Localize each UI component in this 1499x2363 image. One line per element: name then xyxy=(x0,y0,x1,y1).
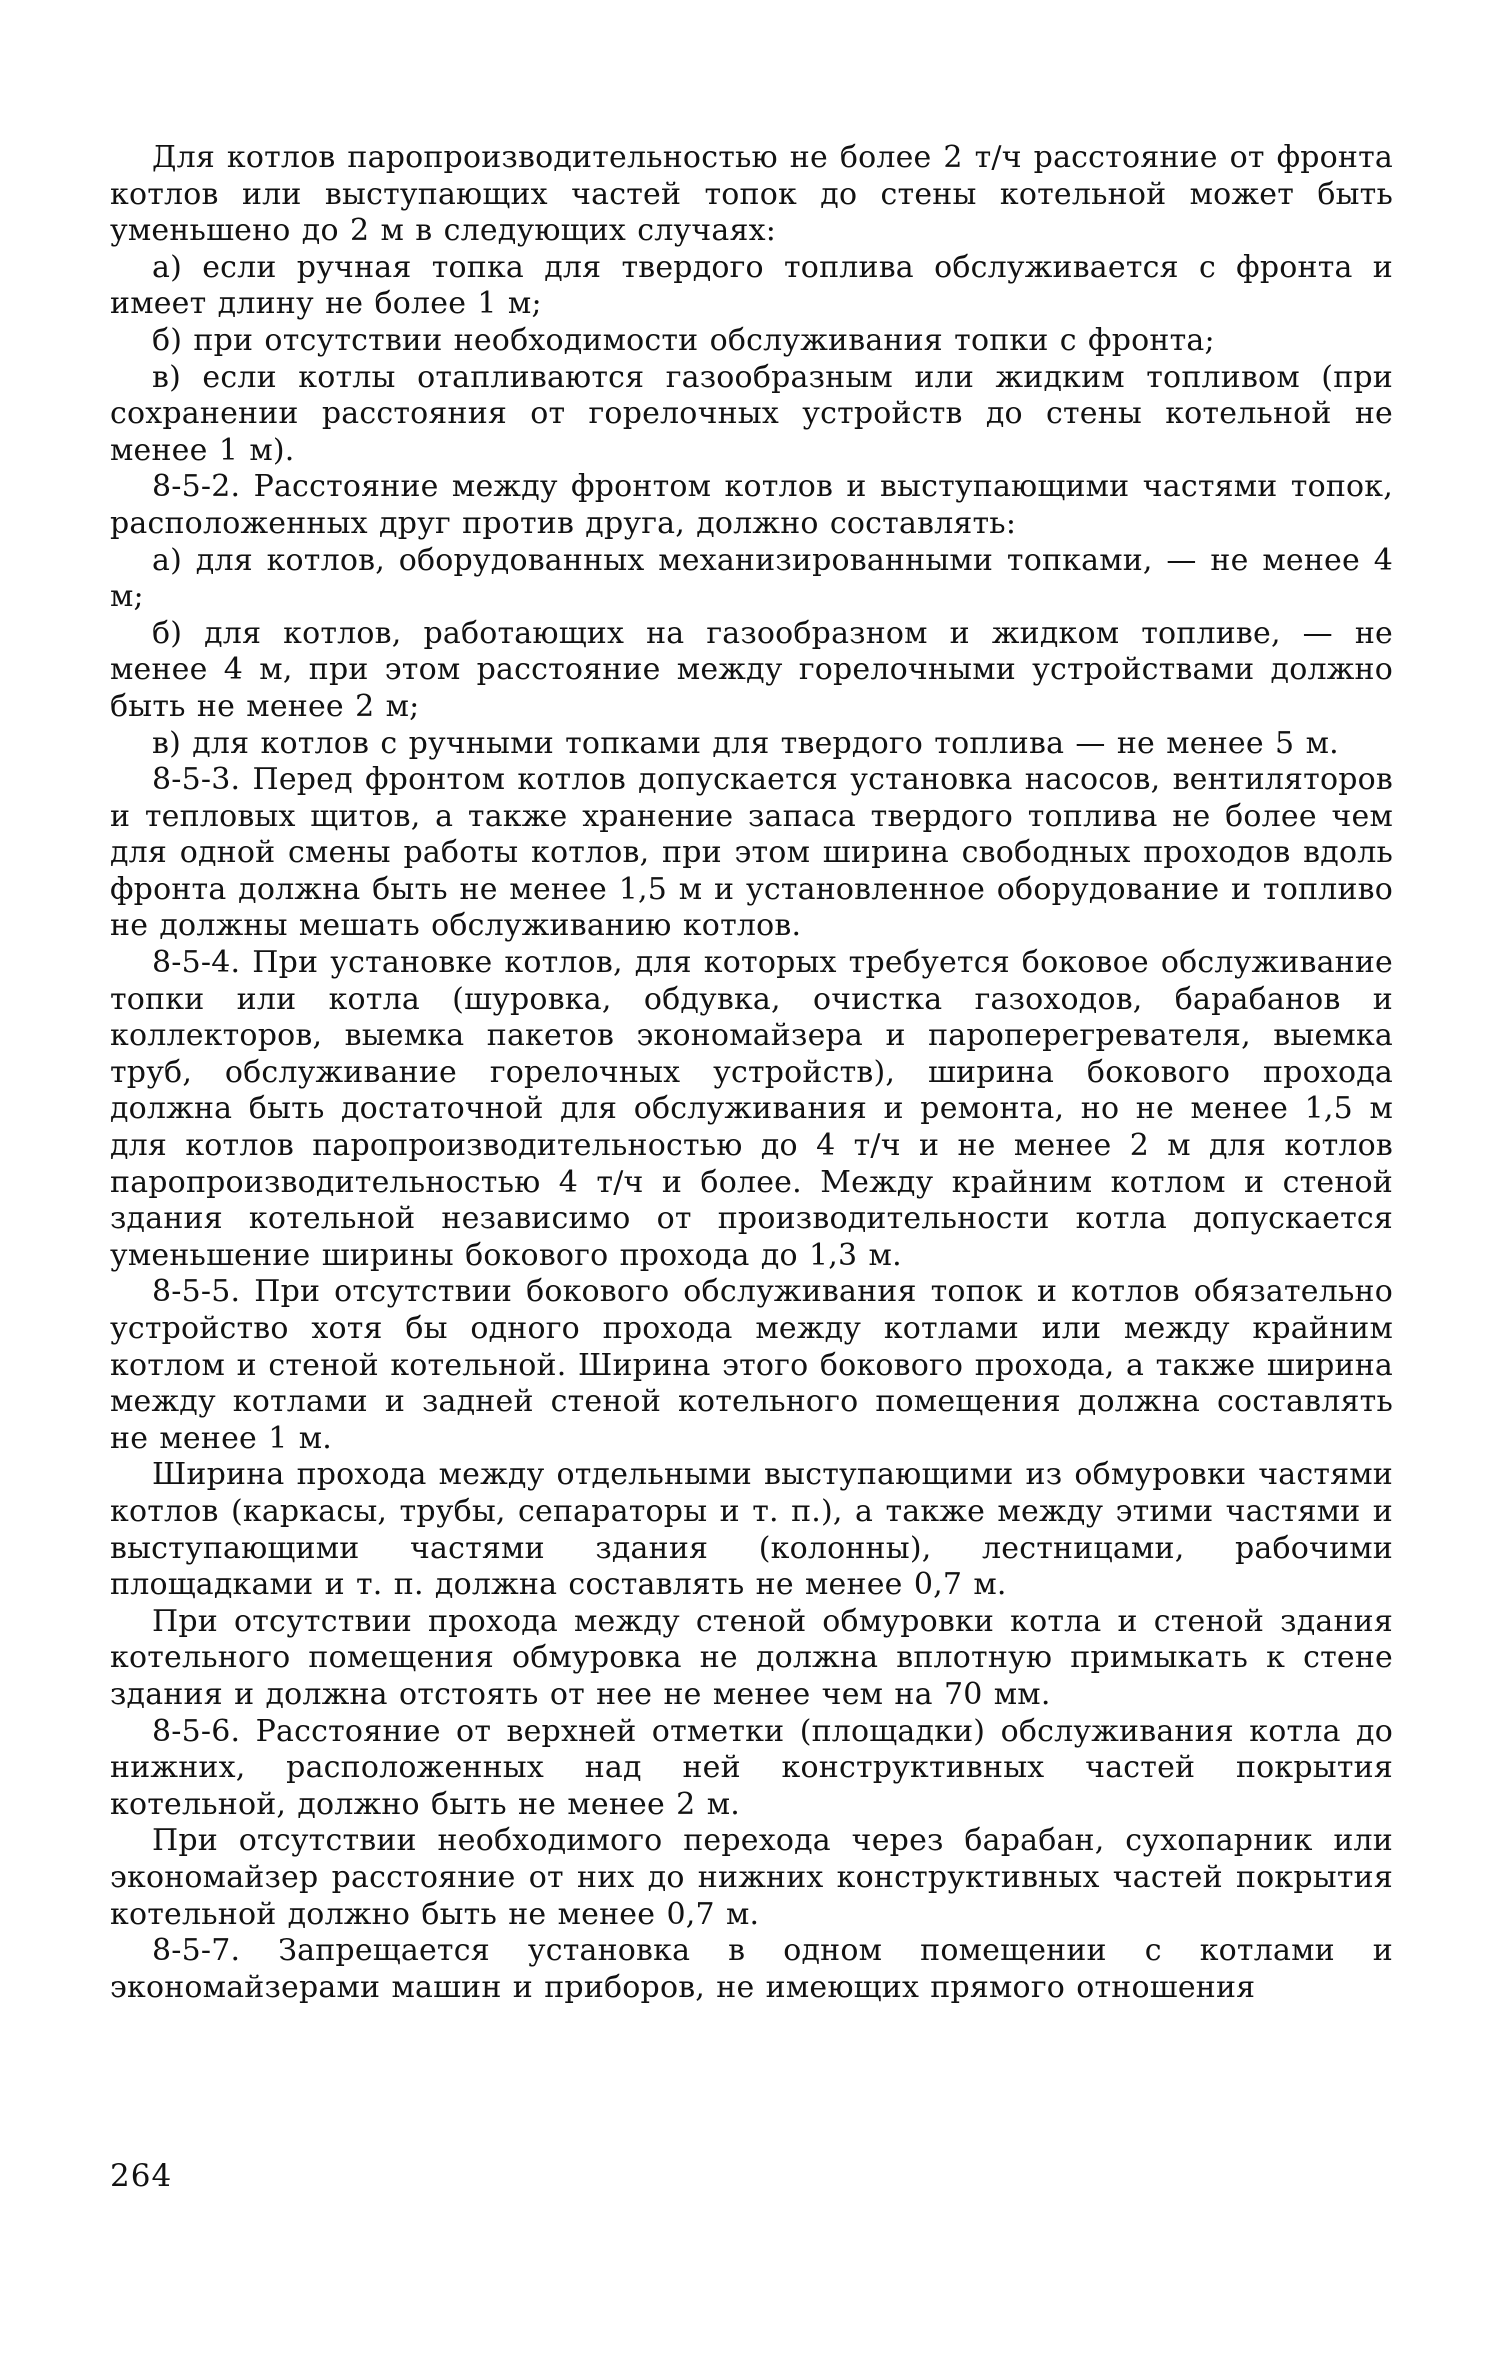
paragraph-no-crossing: При отсутствии необходимого перехода чер… xyxy=(110,1823,1393,1933)
paragraph-item-b2: б) для котлов, работающих на газообразно… xyxy=(110,616,1393,726)
paragraph-8-5-3: 8-5-3. Перед фронтом котлов допускается … xyxy=(110,762,1393,945)
paragraph-item-v1: в) если котлы отапливаются газообразным … xyxy=(110,360,1393,470)
paragraph-passage-width: Ширина прохода между отдельными выступаю… xyxy=(110,1457,1393,1603)
page-number: 264 xyxy=(110,2158,172,2194)
paragraph-8-5-4: 8-5-4. При установке котлов, для которых… xyxy=(110,945,1393,1274)
document-page: Для котлов паропроизводительностью не бо… xyxy=(0,0,1499,2363)
text-block: Для котлов паропроизводительностью не бо… xyxy=(110,140,1393,2006)
paragraph-8-5-2: 8-5-2. Расстояние между фронтом котлов и… xyxy=(110,469,1393,542)
paragraph-item-v2: в) для котлов с ручными топками для твер… xyxy=(110,726,1393,763)
paragraph-item-b1: б) при отсутствии необходимости обслужив… xyxy=(110,323,1393,360)
paragraph-8-5-7: 8-5-7. Запрещается установка в одном пом… xyxy=(110,1933,1393,2006)
paragraph-8-5-6: 8-5-6. Расстояние от верхней отметки (пл… xyxy=(110,1714,1393,1824)
paragraph-item-a1: а) если ручная топка для твердого топлив… xyxy=(110,250,1393,323)
paragraph-item-a2: а) для котлов, оборудованных механизиров… xyxy=(110,543,1393,616)
paragraph-8-5-5: 8-5-5. При отсутствии бокового обслужива… xyxy=(110,1274,1393,1457)
paragraph-intro: Для котлов паропроизводительностью не бо… xyxy=(110,140,1393,250)
paragraph-no-passage: При отсутствии прохода между стеной обму… xyxy=(110,1604,1393,1714)
